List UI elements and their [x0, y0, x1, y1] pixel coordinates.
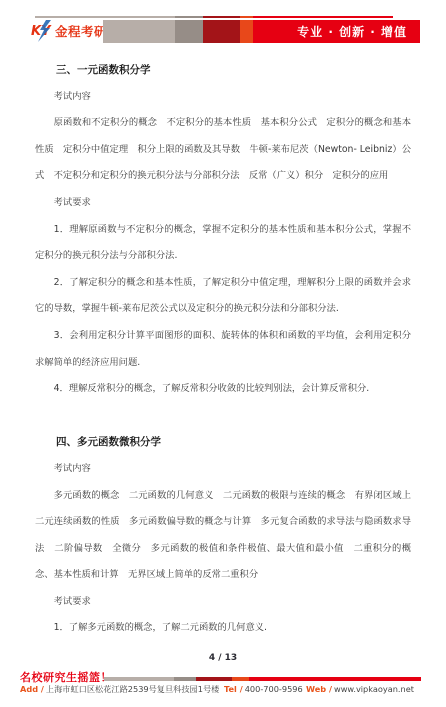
document-body: 三、一元函数积分学 考试内容 原函数和不定积分的概念 不定积分的基本性质 基本积…: [35, 57, 411, 642]
address-value: 上海市虹口区松花江路2539号复旦科技园1号楼: [46, 684, 219, 694]
requirement-item: 3．会利用定积分计算平面图形的面积、旋转体的体积和函数的平均值，会利用定积分求解…: [35, 323, 411, 376]
bar-red-segment: 专业 · 创新 · 增值: [253, 20, 420, 43]
address-label: Add /: [20, 684, 44, 694]
requirement-item: 4．理解反常积分的概念，了解反常积分收敛的比较判别法，会计算反常积分.: [35, 376, 411, 403]
bar-darkred-segment: [203, 20, 240, 43]
exam-requirements-label: 考试要求: [35, 589, 411, 616]
footer-line-darkred-segment: [196, 677, 232, 681]
web-label: Web /: [306, 684, 332, 694]
footer-address: Add /上海市虹口区松花江路2539号复旦科技园1号楼: [20, 684, 219, 695]
thinline-darkred-segment: [203, 16, 240, 18]
footer-line-gray-segment: [104, 677, 174, 681]
requirement-item: 1．理解原函数与不定积分的概念，掌握不定积分的基本性质和基本积分公式，掌握不定积…: [35, 217, 411, 270]
thinline-orange-segment: [240, 16, 253, 18]
company-logo: KY 金程考研: [31, 17, 107, 44]
tel-label: Tel /: [224, 684, 243, 694]
requirement-item: 2．了解定积分的概念和基本性质，了解定积分中值定理，理解积分上限的函数并会求它的…: [35, 270, 411, 323]
tel-value: 400-700-9596: [245, 684, 303, 694]
bar-orange-segment: [240, 20, 253, 43]
requirement-item: 1．了解多元函数的概念，了解二元函数的几何意义.: [35, 615, 411, 642]
footer-accent-line: [104, 677, 421, 681]
section-spacer: [35, 403, 411, 430]
footer-line-red-segment: [249, 677, 421, 681]
footer-slogan: 名校研究生摇篮！: [20, 669, 112, 685]
ky-lightning-logo-icon: KY: [31, 19, 55, 43]
document-page: KY 金程考研 专业 · 创新 · 增值 三、一元函数积分学 考试内容 原函数和…: [0, 0, 446, 707]
section-heading: 四、多元函数微积分学: [35, 429, 411, 456]
footer-line-orange-segment: [232, 677, 249, 681]
web-value: www.vipkaoyan.net: [334, 684, 414, 694]
thinline-red-segment: [253, 16, 393, 18]
exam-scope-paragraph: 原函数和不定积分的概念 不定积分的基本性质 基本积分公式 定积分的概念和基本性质…: [35, 110, 411, 190]
footer-website: Web /www.vipkaoyan.net: [306, 684, 414, 695]
bar-gray-segment: [103, 20, 175, 43]
exam-content-label: 考试内容: [35, 456, 411, 483]
section-heading: 三、一元函数积分学: [35, 57, 411, 84]
exam-scope-paragraph: 多元函数的概念 二元函数的几何意义 二元函数的极限与连续的概念 有界闭区域上二元…: [35, 483, 411, 589]
thinline-taupe-segment: [175, 16, 203, 18]
page-number: 4 / 13: [0, 653, 446, 663]
exam-content-label: 考试内容: [35, 84, 411, 111]
header-gradient-bar: 专业 · 创新 · 增值: [103, 20, 420, 43]
bar-taupe-segment: [175, 20, 203, 43]
footer-line-taupe-segment: [174, 677, 196, 681]
footer-telephone: Tel /400-700-9596: [224, 684, 303, 695]
exam-requirements-label: 考试要求: [35, 190, 411, 217]
logo-company-name: 金程考研: [55, 22, 107, 40]
header-slogan: 专业 · 创新 · 增值: [297, 23, 407, 40]
